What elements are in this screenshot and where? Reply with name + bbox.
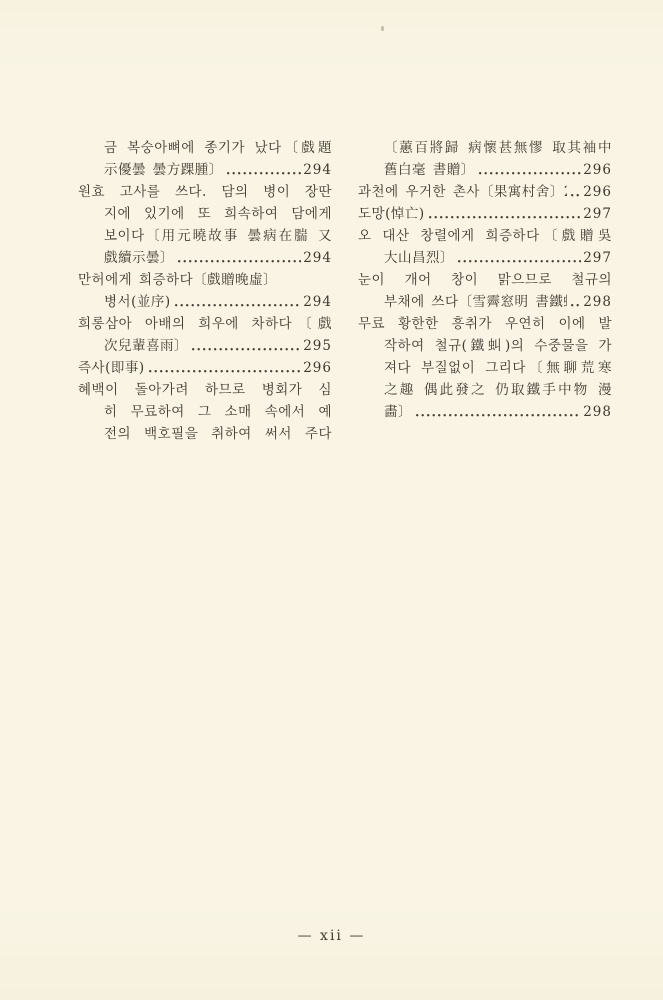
dot-leader [175,304,302,307]
page-number: 297 [583,203,612,225]
toc-line: 눈이 개어 창이 맑으므로 철규의 [358,269,612,291]
toc-entry-text: 부채에 쓰다〔雪霽窓明 書鐵虯扇〕 [384,291,567,313]
toc-entry-text: 오 대산 창렬에게 희증하다〔戲贈吳 [358,225,612,247]
toc-line: 大山昌烈〕 297 [358,247,612,269]
toc-entry-text: 작하여 철규(鐵虯)의 수중물을 가 [384,335,612,357]
toc-entry-text: 도망(悼亡) [358,203,425,225]
toc-line: 부채에 쓰다〔雪霽窓明 書鐵虯扇〕 298 [358,291,612,313]
dot-leader [458,260,581,263]
toc-entry-text: 금 복숭아뼈에 종기가 났다〔戲題 [104,137,332,159]
toc-left-column: 금 복숭아뼈에 종기가 났다〔戲題 示優曇 曇方踝腫〕 294 원효 고사를 쓰… [78,137,332,445]
toc-entry-text: 示優曇 曇方踝腫〕 [104,159,223,181]
page-number: 294 [303,247,332,269]
toc-line: 畵〕 298 [358,401,612,423]
toc-entry-text: 지에 있기에 또 희속하여 담에게 [104,203,332,225]
toc-entry-text: 之趣 偶此發之 仍取鐵手中物 漫 [384,379,612,401]
toc-line: 〔蕙百將歸 病懷甚無憀 取其袖中 [358,137,612,159]
dot-leader [571,304,581,307]
dot-leader [479,172,581,175]
toc-entry-text: 희롱삼아 아배의 희우에 차하다〔戲 [78,313,332,335]
toc-line: 히 무료하여 그 소매 속에서 예 [78,401,332,423]
toc-entry-text: 즉사(即事) [78,357,145,379]
toc-line: 희롱삼아 아배의 희우에 차하다〔戲 [78,313,332,335]
dot-leader [429,216,582,219]
toc-line: 도망(悼亡) 297 [358,203,612,225]
page-number: 298 [583,401,612,423]
toc-entry-text: 져다 부질없이 그리다〔無聊荒寒 [384,357,612,379]
page-number: 296 [303,357,332,379]
toc-line: 舊白毫 書贈〕 296 [358,159,612,181]
toc-line: 지에 있기에 또 희속하여 담에게 [78,203,332,225]
toc-line: 원효 고사를 쓰다. 담의 병이 장딴 [78,181,332,203]
toc-line: 져다 부질없이 그리다〔無聊荒寒 [358,357,612,379]
toc-line: 次兒輩喜雨〕 295 [78,335,332,357]
toc-line: 示優曇 曇方踝腫〕 294 [78,159,332,181]
toc-line: 무료 황한한 흥취가 우연히 이에 발 [358,313,612,335]
toc-entry-text: 과천에 우거한 촌사〔果寓村舍〕2 수 [358,181,567,203]
toc-line: 오 대산 창렬에게 희증하다〔戲贈吳 [358,225,612,247]
toc-entry-text: 보이다〔用元曉故事 曇病在腨 又 [104,225,332,247]
page-number: 294 [303,159,332,181]
scanned-book-page: 금 복숭아뼈에 종기가 났다〔戲題 示優曇 曇方踝腫〕 294 원효 고사를 쓰… [0,0,663,1000]
toc-right-column: 〔蕙百將歸 病懷甚無憀 取其袖中 舊白毫 書贈〕 296 과천에 우거한 촌사〔… [358,137,612,445]
toc-line: 보이다〔用元曉故事 曇病在腨 又 [78,225,332,247]
toc-entry-text: 눈이 개어 창이 맑으므로 철규의 [358,269,612,291]
toc-entry-text: 大山昌烈〕 [384,247,454,269]
toc-entry-text: 병서(並序) [104,291,171,313]
toc-entry-text: 戲續示曇〕 [104,247,174,269]
dot-leader [178,260,301,263]
toc-entry-text: 次兒輩喜雨〕 [104,335,188,357]
scan-speck [381,26,384,31]
dot-leader [571,194,582,197]
page-number: 297 [583,247,612,269]
toc-line: 之趣 偶此發之 仍取鐵手中物 漫 [358,379,612,401]
page-number: 296 [583,159,612,181]
page-number: 294 [303,291,332,313]
toc-line: 병서(並序) 294 [78,291,332,313]
toc-line: 전의 백호필을 취하여 써서 주다 [78,423,332,445]
toc-line: 戲續示曇〕 294 [78,247,332,269]
dot-leader [227,172,301,175]
footer-page-number: — xii — [0,928,663,944]
toc-entry-text: 무료 황한한 흥취가 우연히 이에 발 [358,313,612,335]
toc-entry-text: 舊白毫 書贈〕 [384,159,475,181]
page-number: 296 [583,181,612,203]
toc-line: 즉사(即事) 296 [78,357,332,379]
toc-entry-text: 혜백이 돌아가려 하므로 병회가 심 [78,379,332,401]
page-number: 295 [303,335,332,357]
toc-entry-text: 히 무료하여 그 소매 속에서 예 [104,401,332,423]
toc-line: 금 복숭아뼈에 종기가 났다〔戲題 [78,137,332,159]
toc-entry-text: 원효 고사를 쓰다. 담의 병이 장딴 [78,181,332,203]
toc-line: 작하여 철규(鐵虯)의 수중물을 가 [358,335,612,357]
toc-line: 만허에게 희증하다〔戲贈晚虛〕 [78,269,332,291]
toc-line: 혜백이 돌아가려 하므로 병회가 심 [78,379,332,401]
page-number: 298 [583,291,612,313]
toc-entry-text: 만허에게 희증하다〔戲贈晚虛〕 [78,269,277,291]
dot-leader [192,348,301,351]
table-of-contents: 금 복숭아뼈에 종기가 났다〔戲題 示優曇 曇方踝腫〕 294 원효 고사를 쓰… [78,137,612,445]
dot-leader [416,414,581,417]
toc-entry-text: 전의 백호필을 취하여 써서 주다 [104,423,332,445]
toc-line: 과천에 우거한 촌사〔果寓村舍〕2 수 296 [358,181,612,203]
toc-entry-text: 〔蕙百將歸 病懷甚無憀 取其袖中 [384,137,612,159]
toc-entry-text: 畵〕 [384,401,412,423]
dot-leader [149,370,302,373]
